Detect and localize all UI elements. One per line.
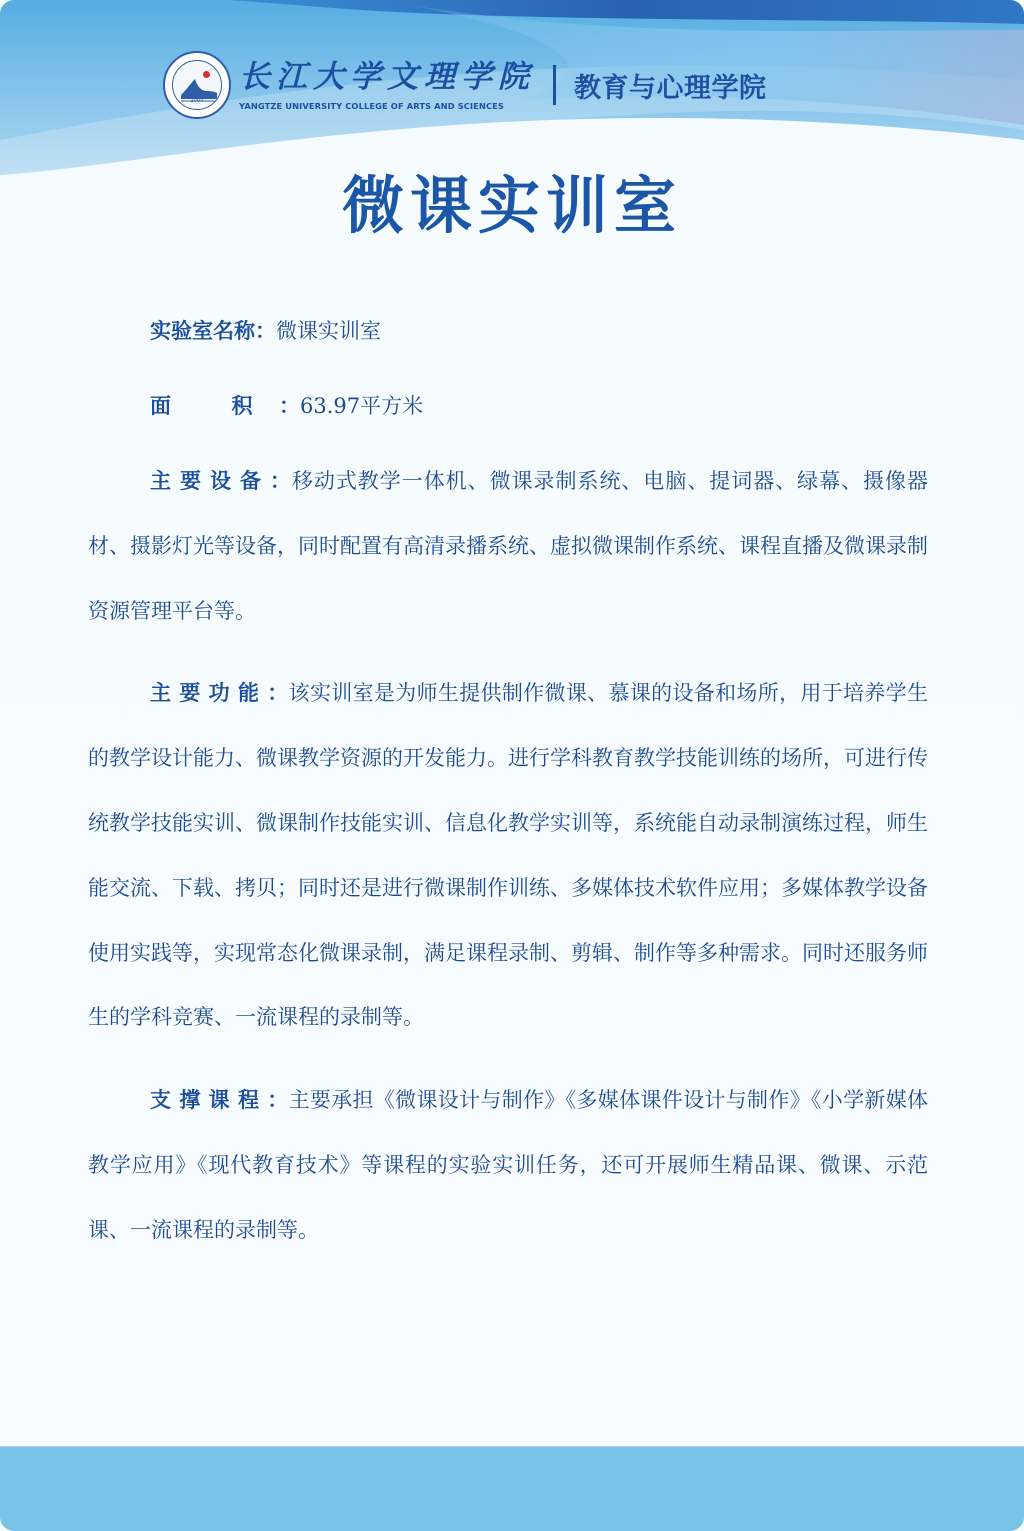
school-logo-block: 2004 长江大学文理学院 YANGTZE UNIVERSITY COLLEGE…	[163, 49, 767, 121]
school-name-en: YANGTZE UNIVERSITY COLLEGE OF ARTS AND S…	[239, 101, 535, 111]
page-title: 微课实训室	[0, 166, 1024, 246]
area-row: 面 积：63.97平方米	[88, 381, 928, 431]
equipment-section: 主要设备：移动式教学一体机、微课录制系统、电脑、提词器、绿幕、摄像器材、摄影灯光…	[88, 449, 928, 643]
functions-section: 主要功能：该实训室是为师生提供制作微课、慕课的设备和场所，用于培养学生的教学设计…	[88, 661, 928, 1050]
courses-label: 支撑课程	[150, 1088, 267, 1112]
equipment-colon: ：	[270, 469, 292, 493]
poster: 2004 长江大学文理学院 YANGTZE UNIVERSITY COLLEGE…	[0, 0, 1024, 1531]
lab-name-value: 微课实训室	[276, 319, 381, 343]
equipment-label: 主要设备	[150, 469, 270, 493]
functions-text: 该实训室是为师生提供制作微课、慕课的设备和场所，用于培养学生的教学设计能力、微课…	[88, 681, 928, 1029]
header-wave-background	[0, 0, 1024, 300]
functions-colon: ：	[267, 681, 288, 705]
area-value: 63.97平方米	[300, 394, 423, 418]
area-label-first: 面	[150, 394, 198, 418]
courses-colon: ：	[267, 1088, 288, 1112]
emblem-year: 2004	[173, 98, 221, 104]
courses-section: 支撑课程：主要承担《微课设计与制作》《多媒体课件设计与制作》《小学新媒体教学应用…	[88, 1068, 928, 1262]
content-body: 实验室名称：微课实训室 面 积：63.97平方米 主要设备：移动式教学一体机、微…	[88, 306, 928, 1263]
lab-name-label: 实验室名称：	[150, 319, 276, 343]
footer-band	[0, 1446, 1024, 1531]
logo-divider	[553, 65, 556, 105]
functions-label: 主要功能	[150, 681, 267, 705]
school-name-cn: 长江大学文理学院	[239, 59, 535, 95]
area-label: 面 积：	[150, 381, 300, 431]
department-name: 教育与心理学院	[574, 66, 767, 105]
lab-name-row: 实验室名称：微课实训室	[88, 306, 928, 356]
school-emblem-icon: 2004	[163, 51, 231, 119]
area-label-last: 积：	[231, 394, 300, 418]
